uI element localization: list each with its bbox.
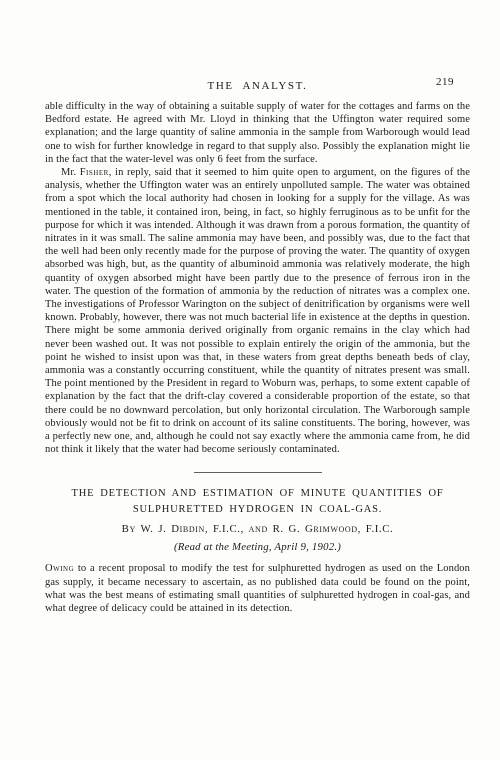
article-byline: By W. J. Dibdin, F.I.C., and R. G. Grimw… — [45, 523, 470, 535]
journal-title: THE ANALYST. — [208, 80, 308, 92]
running-head: THE ANALYST. 219 — [45, 76, 470, 91]
article-opening-paragraph: Owing to a recent proposal to modify the… — [45, 562, 470, 615]
article-read-note: (Read at the Meeting, April 9, 1902.) — [45, 541, 470, 553]
journal-page: THE ANALYST. 219 able difficulty in the … — [0, 0, 500, 760]
article-title-line1: THE DETECTION AND ESTIMATION OF MINUTE Q… — [45, 486, 470, 502]
discussion-continued-paragraph: able difficulty in the way of obtaining … — [45, 100, 470, 166]
speaker-prefix: Mr. — [61, 167, 80, 178]
article-title-line2: SULPHURETTED HYDROGEN IN COAL-GAS. — [45, 502, 470, 518]
opening-lead-word: Owing — [45, 563, 74, 574]
opening-text: to a recent proposal to modify the test … — [45, 563, 470, 614]
page-body: able difficulty in the way of obtaining … — [45, 100, 470, 615]
section-divider-rule — [194, 472, 322, 473]
reply-text: , in reply, said that it seemed to him q… — [45, 167, 470, 455]
discussion-fisher-reply-paragraph: Mr. Fisher, in reply, said that it seeme… — [45, 166, 470, 456]
article-title: THE DETECTION AND ESTIMATION OF MINUTE Q… — [45, 486, 470, 517]
speaker-name: Fisher — [80, 167, 109, 178]
page-number: 219 — [436, 76, 454, 88]
